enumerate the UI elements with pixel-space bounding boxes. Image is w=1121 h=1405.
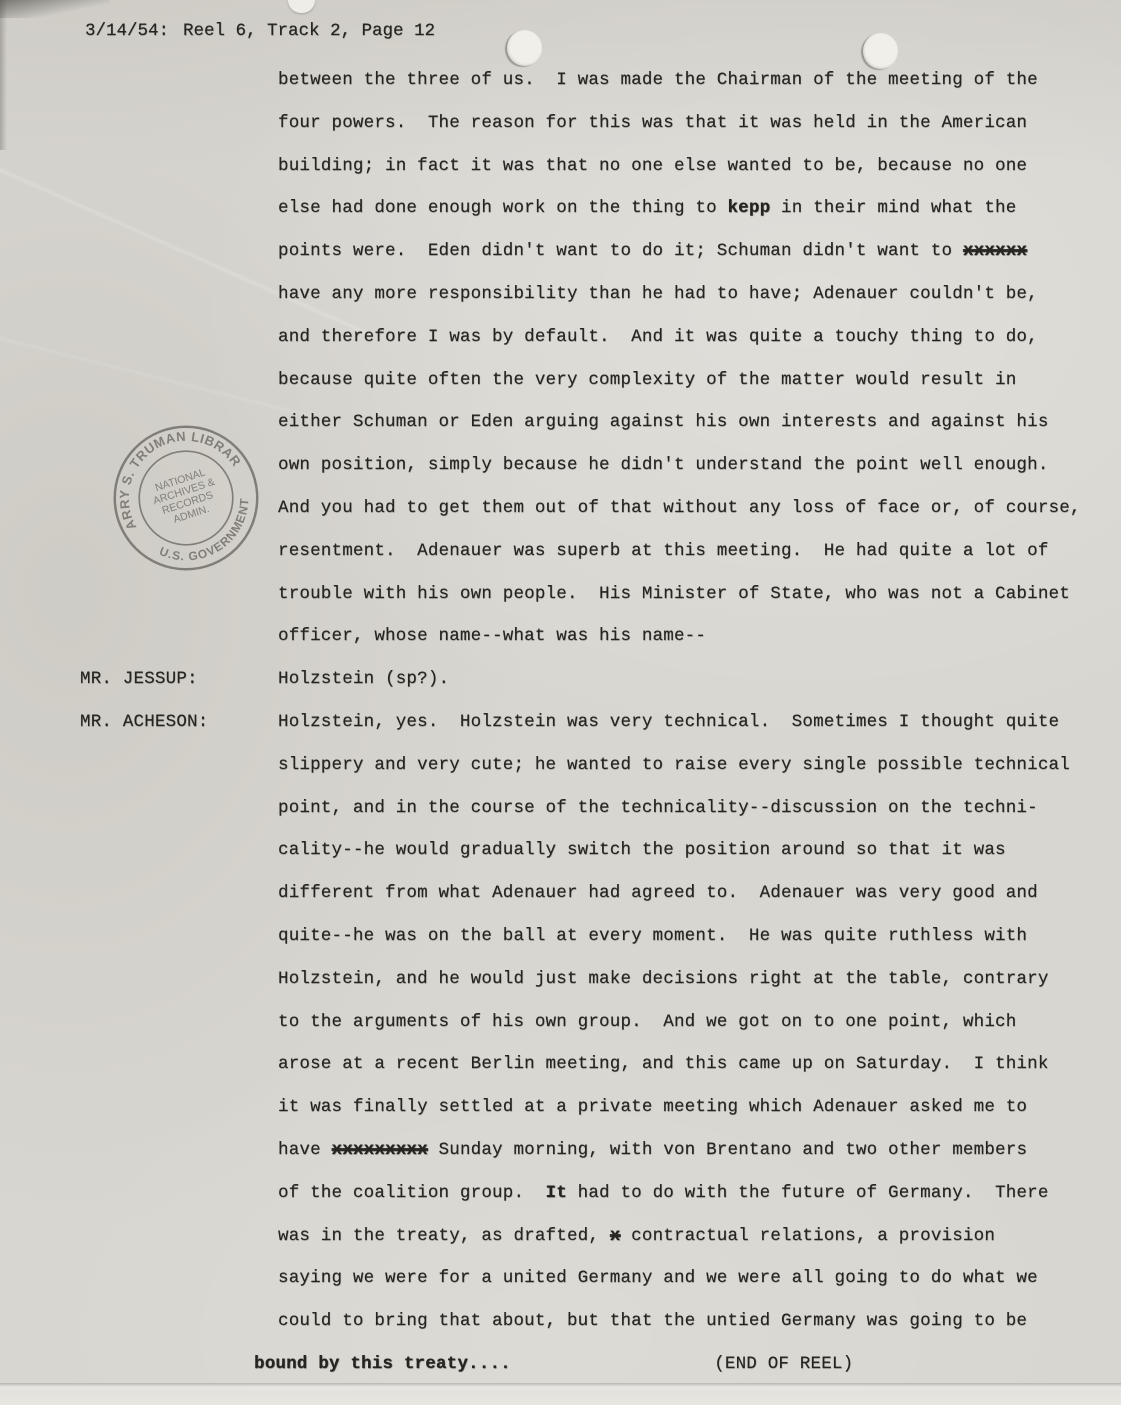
transcript-line: of the coalition group. It had to do wit… — [278, 1172, 1093, 1215]
transcript-line: between the three of us. I was made the … — [278, 59, 1093, 102]
typed-text: to the arguments of his own group. And w… — [278, 1012, 1016, 1032]
typed-text: four powers. The reason for this was tha… — [278, 113, 1027, 133]
typed-text: have — [278, 1140, 332, 1160]
transcript-line: because quite often the very complexity … — [278, 359, 1093, 402]
transcript-line: and therefore I was by default. And it w… — [278, 316, 1093, 359]
truman-library-archives-stamp: HARRY S. TRUMAN LIBRARY U.S. GOVERNMENT … — [108, 420, 264, 576]
transcript-line: either Schuman or Eden arguing against h… — [278, 401, 1093, 444]
typed-text: point, and in the course of the technica… — [278, 798, 1038, 818]
typed-text: officer, whose name--what was his name-- — [278, 626, 706, 646]
transcript-line: was in the treaty, as drafted, x contrac… — [278, 1215, 1093, 1258]
transcript-line: have xxxxxxxxx Sunday morning, with von … — [278, 1129, 1093, 1172]
transcript-line: building; in fact it was that no one els… — [278, 145, 1093, 188]
typed-text: Holzstein (sp?). — [278, 669, 449, 689]
paper-crease — [0, 330, 320, 419]
transcript-line: different from what Adenauer had agreed … — [278, 872, 1093, 915]
transcript-line: Holzstein, yes. Holzstein was very techn… — [278, 701, 1093, 744]
transcript-line: Holzstein, and he would just make decisi… — [278, 958, 1093, 1001]
typed-text: (END OF REEL) — [714, 1354, 853, 1374]
scanned-transcript-page: { "document": { "header": { "date": "3/1… — [0, 0, 1121, 1405]
typed-text — [511, 1354, 714, 1374]
transcript-line: it was finally settled at a private meet… — [278, 1086, 1093, 1129]
speaker-label: MR. JESSUP: — [80, 658, 198, 701]
typed-text: was in the treaty, as drafted, — [278, 1226, 610, 1246]
transcript-line: own position, simply because he didn't u… — [278, 444, 1093, 487]
scan-left-edge-shadow — [0, 0, 7, 150]
transcript-block: MR. ACHESON:Holzstein, yes. Holzstein wa… — [278, 701, 1093, 1386]
transcript-line: point, and in the course of the technica… — [278, 787, 1093, 830]
struck-out-text: x — [610, 1226, 621, 1246]
typed-text: quite--he was on the ball at every momen… — [278, 926, 1027, 946]
typed-text: between the three of us. I was made the … — [278, 70, 1038, 90]
overstruck-text: kepp — [727, 198, 770, 218]
paper-background: 3/14/54:Reel 6, Track 2, Page 12 HARRY S… — [0, 0, 1121, 1405]
transcript-line: points were. Eden didn't want to do it; … — [278, 230, 1093, 273]
typed-text: Holzstein, and he would just make decisi… — [278, 969, 1049, 989]
typed-text: because quite often the very complexity … — [278, 370, 1016, 390]
typed-text: could to bring that about, but that the … — [278, 1311, 1027, 1331]
typed-text: arose at a recent Berlin meeting, and th… — [278, 1054, 1049, 1074]
transcript-line: have any more responsibility than he had… — [278, 273, 1093, 316]
transcript: between the three of us. I was made the … — [278, 59, 1093, 1386]
page-header: 3/14/54:Reel 6, Track 2, Page 12 — [85, 21, 435, 41]
transcript-line: quite--he was on the ball at every momen… — [278, 915, 1093, 958]
typed-text: contractual relations, a provision — [620, 1226, 995, 1246]
transcript-line: slippery and very cute; he wanted to rai… — [278, 744, 1093, 787]
struck-out-text: xxxxxx — [963, 241, 1027, 261]
typed-text: and therefore I was by default. And it w… — [278, 327, 1038, 347]
transcript-line: else had done enough work on the thing t… — [278, 187, 1093, 230]
typed-text: it was finally settled at a private meet… — [278, 1097, 1027, 1117]
header-reel-info: Reel 6, Track 2, Page 12 — [183, 21, 435, 41]
scan-bottom-edge — [0, 1383, 1121, 1405]
overstruck-text: bound by this treaty.... — [254, 1354, 511, 1374]
typed-text: trouble with his own people. His Ministe… — [278, 584, 1070, 604]
typed-text: either Schuman or Eden arguing against h… — [278, 412, 1049, 432]
typed-text: have any more responsibility than he had… — [278, 284, 1038, 304]
struck-out-text: xxxxxxxxx — [332, 1140, 428, 1160]
typed-text: slippery and very cute; he wanted to rai… — [278, 755, 1070, 775]
transcript-line: resentment. Adenauer was superb at this … — [278, 530, 1093, 573]
typed-text: And you had to get them out of that with… — [278, 498, 1081, 518]
speaker-label: MR. ACHESON: — [80, 701, 208, 744]
typed-text: saying we were for a united Germany and … — [278, 1268, 1038, 1288]
header-date: 3/14/54: — [85, 21, 169, 41]
transcript-line: And you had to get them out of that with… — [278, 487, 1093, 530]
typed-text: Holzstein, yes. Holzstein was very techn… — [278, 712, 1059, 732]
typed-text: in their mind what the — [770, 198, 1016, 218]
transcript-line: four powers. The reason for this was tha… — [278, 102, 1093, 145]
transcript-line: officer, whose name--what was his name-- — [278, 615, 1093, 658]
typed-text: Sunday morning, with von Brentano and tw… — [428, 1140, 1027, 1160]
transcript-line: to the arguments of his own group. And w… — [278, 1001, 1093, 1044]
typed-text: of the coalition group. — [278, 1183, 546, 1203]
transcript-line: cality--he would gradually switch the po… — [278, 829, 1093, 872]
typed-text: cality--he would gradually switch the po… — [278, 840, 1006, 860]
transcript-line: trouble with his own people. His Ministe… — [278, 573, 1093, 616]
typed-text: different from what Adenauer had agreed … — [278, 883, 1038, 903]
transcript-line: Holzstein (sp?). — [278, 658, 1093, 701]
transcript-block: MR. JESSUP:Holzstein (sp?). — [278, 658, 1093, 701]
typed-text: had to do with the future of Germany. Th… — [567, 1183, 1049, 1203]
typed-text: building; in fact it was that no one els… — [278, 156, 1027, 176]
overstruck-text: It — [546, 1183, 567, 1203]
transcript-line: arose at a recent Berlin meeting, and th… — [278, 1043, 1093, 1086]
transcript-line: could to bring that about, but that the … — [278, 1300, 1093, 1343]
transcript-line: bound by this treaty.... (END OF REEL) — [254, 1343, 1093, 1386]
typed-text: resentment. Adenauer was superb at this … — [278, 541, 1049, 561]
typed-text: own position, simply because he didn't u… — [278, 455, 1049, 475]
scan-corner-shadow — [0, 0, 110, 18]
paper-tear-notch — [288, 0, 315, 13]
transcript-block: between the three of us. I was made the … — [278, 59, 1093, 658]
typed-text: else had done enough work on the thing t… — [278, 198, 727, 218]
typed-text: points were. Eden didn't want to do it; … — [278, 241, 963, 261]
transcript-line: saying we were for a united Germany and … — [278, 1257, 1093, 1300]
